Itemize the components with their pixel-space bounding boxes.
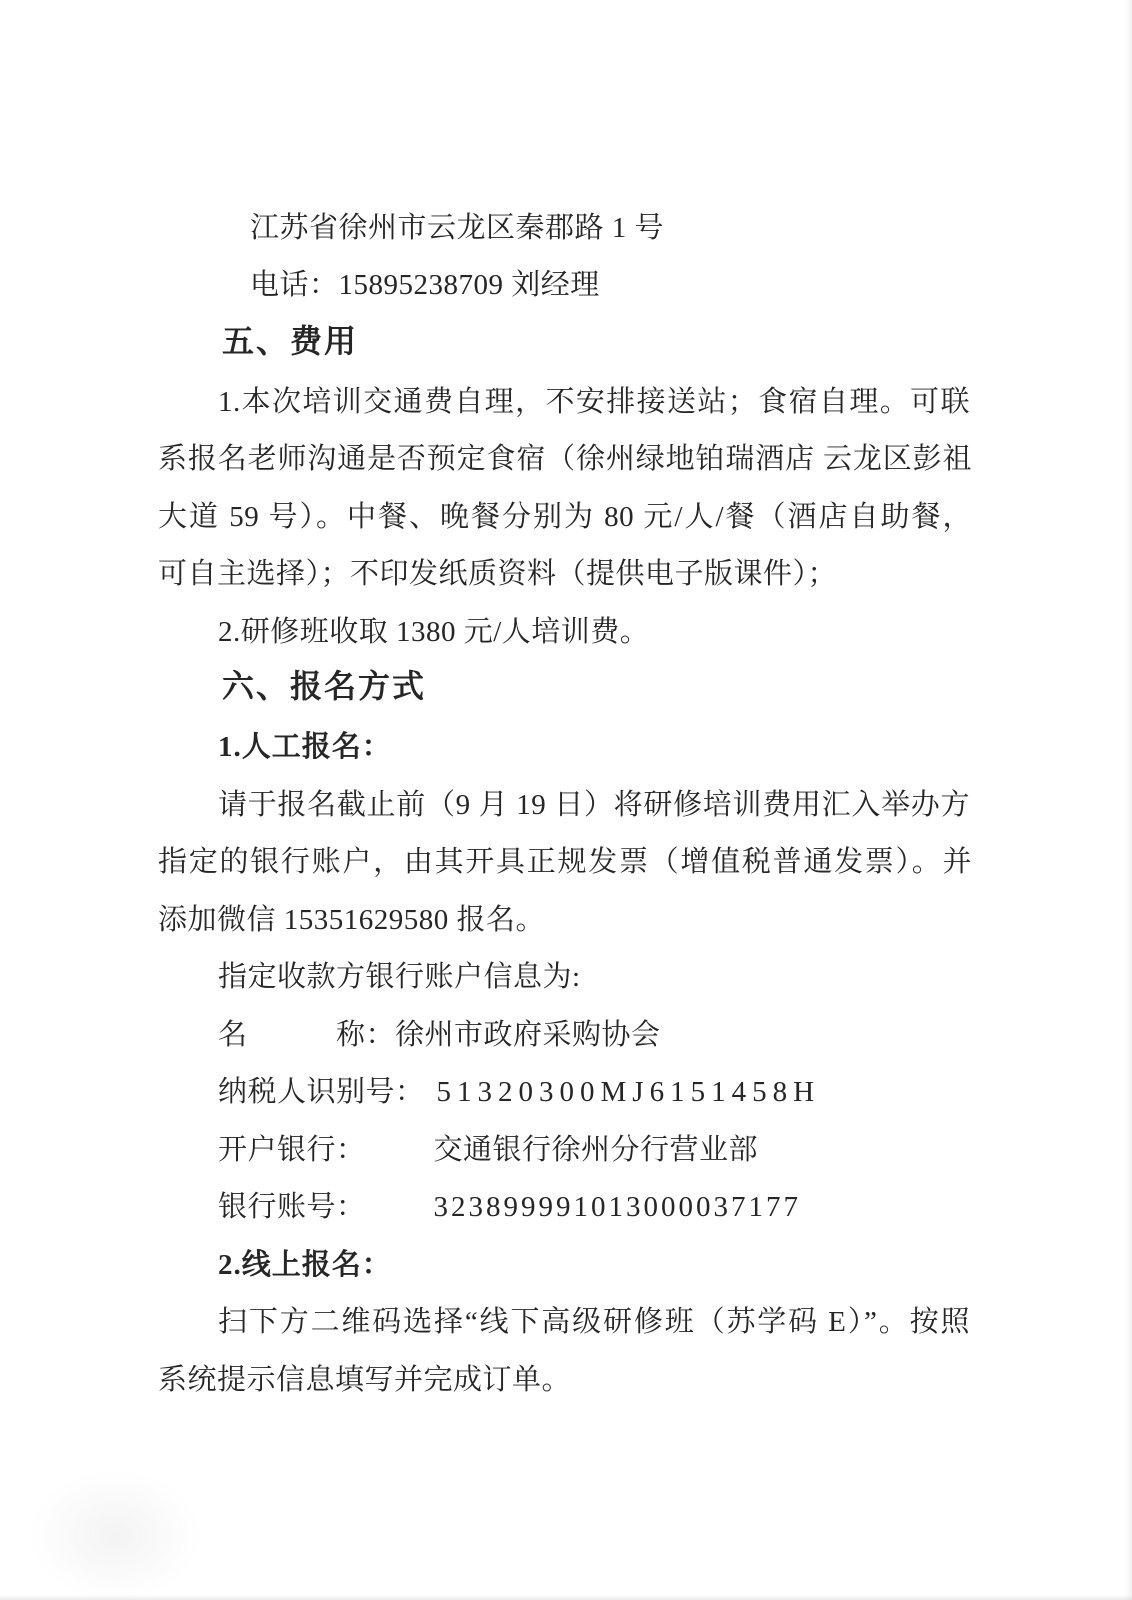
section-heading-signup: 六、报名方式 <box>222 667 426 705</box>
account-name-line: 名 称：徐州市政府采购协会 <box>218 1016 661 1054</box>
bank-account-label: 银行账号： <box>218 1191 366 1223</box>
account-info-intro: 指定收款方银行账户信息为: <box>218 958 581 996</box>
manual-signup-line3: 添加微信 15351629580 报名。 <box>158 901 545 939</box>
fees-item1-line1: 1.本次培训交通费自理，不安排接送站；食宿自理。可联 <box>218 383 970 421</box>
manual-signup-line2: 指定的银行账户，由其开具正规发票（增值税普通发票）。并 <box>158 843 972 881</box>
bank-name-label: 开户银行： <box>218 1134 366 1166</box>
scan-edge-right <box>1124 0 1132 1600</box>
address-line: 江苏省徐州市云龙区秦郡路 1 号 <box>250 209 664 247</box>
scan-edge-bottom <box>0 1595 1132 1600</box>
online-signup-line2: 系统提示信息填写并完成订单。 <box>158 1361 571 1399</box>
tax-id-label: 纳税人识别号： <box>218 1076 425 1108</box>
bank-name-line: 开户银行：交通银行徐州分行营业部 <box>218 1131 758 1169</box>
fees-item1-line3: 大道 59 号）。中餐、晚餐分别为 80 元/人/餐（酒店自助餐， <box>158 498 972 536</box>
phone-line: 电话：15895238709 刘经理 <box>250 266 600 304</box>
tax-id-line: 纳税人识别号：51320300MJ6151458H <box>218 1073 820 1111</box>
manual-signup-line1: 请于报名截止前（9 月 19 日）将研修培训费用汇入举办方 <box>218 786 970 824</box>
account-name-label: 名 称： <box>218 1019 395 1051</box>
tax-id-value: 51320300MJ6151458H <box>437 1076 821 1108</box>
fees-item1-line2: 系报名老师沟通是否预定食宿（徐州绿地铂瑞酒店 云龙区彭祖 <box>158 440 972 478</box>
online-signup-heading: 2.线上报名： <box>218 1246 392 1284</box>
scanned-document-page: 江苏省徐州市云龙区秦郡路 1 号 电话：15895238709 刘经理 五、费用… <box>0 0 1132 1600</box>
bank-account-value: 323899991013000037177 <box>434 1191 802 1223</box>
fees-item2-line: 2.研修班收取 1380 元/人培训费。 <box>218 613 649 651</box>
manual-signup-heading: 1.人工报名： <box>218 728 392 766</box>
online-signup-line1: 扫下方二维码选择“线下高级研修班（苏学码 E）”。按照 <box>218 1303 970 1341</box>
bank-account-line: 银行账号：323899991013000037177 <box>218 1188 801 1226</box>
section-heading-fees: 五、费用 <box>222 322 358 360</box>
fees-item1-line4: 可自主选择）；不印发纸质资料（提供电子版课件）； <box>158 555 837 593</box>
bank-name-value: 交通银行徐州分行营业部 <box>434 1134 759 1166</box>
scan-smudge <box>30 1470 200 1600</box>
account-name-value: 徐州市政府采购协会 <box>395 1019 661 1051</box>
